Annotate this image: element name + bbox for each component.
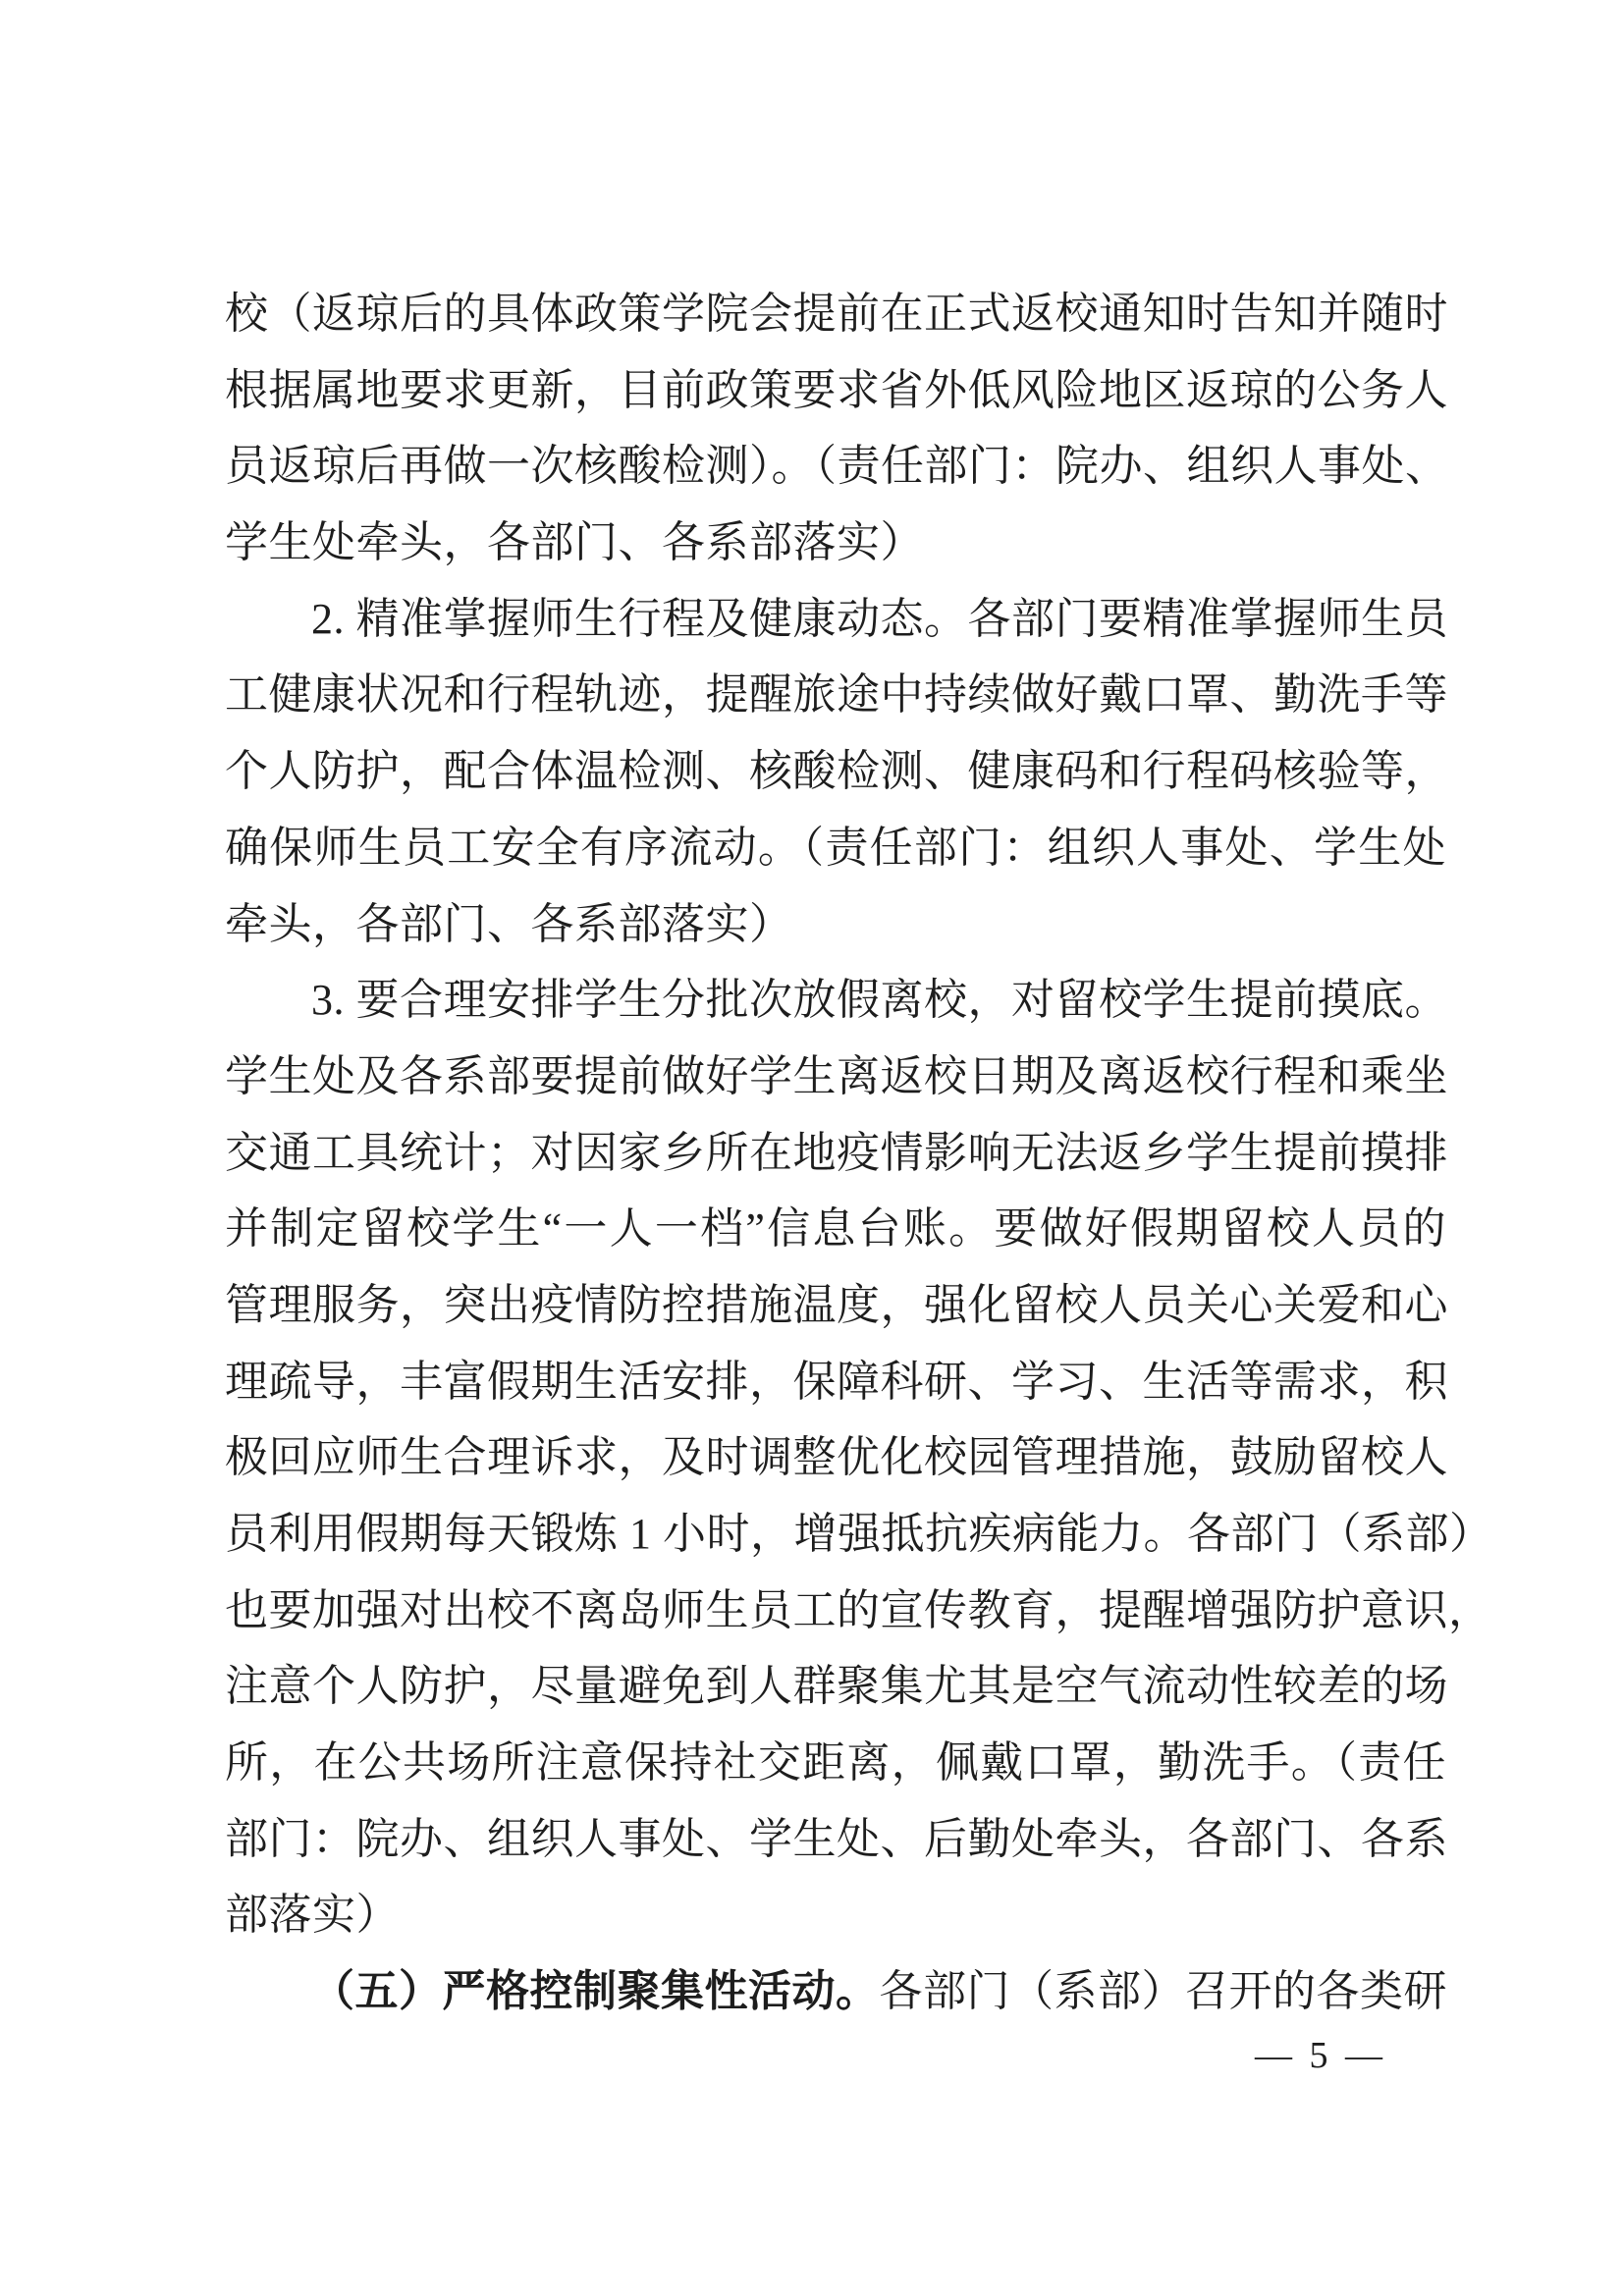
text-line: 所，在公共场所注意保持社交距离，佩戴口罩，勤洗手。（责任: [225, 1725, 1446, 1801]
text-segment: 各部门（系部）召开的各类研: [880, 1967, 1448, 2015]
text-segment: 工健康状况和行程轨迹，提醒旅途中持续做好戴口罩、勤洗手等: [225, 670, 1448, 719]
text-line: 管理服务，突出疫情防控措施温度，强化留校人员关心关爱和心: [225, 1267, 1446, 1344]
text-segment: 学生处牵头，各部门、各系部落实）: [225, 518, 924, 566]
text-segment: 理疏导，丰富假期生活安排，保障科研、学习、生活等需求，积: [225, 1358, 1448, 1406]
document-body: 校（返琼后的具体政策学院会提前在正式返校通知时告知并随时根据属地要求更新，目前政…: [225, 276, 1446, 2030]
text-line: 也要加强对出校不离岛师生员工的宣传教育，提醒增强防护意识，: [225, 1573, 1446, 1649]
text-line: 2. 精准掌握师生行程及健康动态。各部门要精准掌握师生员: [225, 581, 1446, 658]
text-segment: 也要加强对出校不离岛师生员工的宣传教育，提醒增强防护意识，: [225, 1586, 1492, 1634]
text-line: 学生处及各系部要提前做好学生离返校日期及离返校行程和乘坐: [225, 1039, 1446, 1115]
text-segment: （五）严格控制聚集性活动。: [311, 1967, 880, 2015]
text-segment: 个人防护，配合体温检测、核酸检测、健康码和行程码核验等，: [225, 747, 1448, 795]
text-line: 员返琼后再做一次核酸检测）。（责任部门：院办、组织人事处、: [225, 428, 1446, 505]
text-segment: 牵头，各部门、各系部落实）: [225, 900, 793, 948]
text-segment: 部门：院办、组织人事处、学生处、后勤处牵头，各部门、各系: [225, 1815, 1448, 1863]
text-line: 确保师生员工安全有序流动。（责任部门：组织人事处、学生处: [225, 810, 1446, 886]
text-line: 个人防护，配合体温检测、核酸检测、健康码和行程码核验等，: [225, 733, 1446, 810]
text-line: 部门：院办、组织人事处、学生处、后勤处牵头，各部门、各系: [225, 1801, 1446, 1878]
text-line: 理疏导，丰富假期生活安排，保障科研、学习、生活等需求，积: [225, 1344, 1446, 1420]
text-line: 并制定留校学生“一人一档”信息台账。要做好假期留校人员的: [225, 1191, 1446, 1267]
text-line: 校（返琼后的具体政策学院会提前在正式返校通知时告知并随时: [225, 276, 1446, 352]
text-line: 牵头，各部门、各系部落实）: [225, 886, 1446, 963]
text-segment: 根据属地要求更新，目前政策要求省外低风险地区返琼的公务人: [225, 366, 1448, 414]
text-segment: 学生处及各系部要提前做好学生离返校日期及离返校行程和乘坐: [225, 1052, 1448, 1100]
text-segment: 员返琼后再做一次核酸检测）。（责任部门：院办、组织人事处、: [225, 442, 1449, 490]
text-line: 注意个人防护，尽量避免到人群聚集尤其是空气流动性较差的场: [225, 1648, 1446, 1725]
text-segment: 注意个人防护，尽量避免到人群聚集尤其是空气流动性较差的场: [225, 1662, 1448, 1710]
text-line: 学生处牵头，各部门、各系部落实）: [225, 505, 1446, 581]
text-segment: 所，在公共场所注意保持社交距离，佩戴口罩，勤洗手。（责任: [225, 1738, 1446, 1787]
text-line: 部落实）: [225, 1877, 1446, 1953]
text-segment: 部落实）: [225, 1891, 400, 1939]
text-segment: 管理服务，突出疫情防控措施温度，强化留校人员关心关爱和心: [225, 1281, 1448, 1329]
text-line: 根据属地要求更新，目前政策要求省外低风险地区返琼的公务人: [225, 352, 1446, 429]
document-page: 校（返琼后的具体政策学院会提前在正式返校通知时告知并随时根据属地要求更新，目前政…: [0, 0, 1623, 2296]
text-segment: 并制定留校学生“一人一档”信息台账。要做好假期留校人员的: [225, 1204, 1446, 1253]
text-line: 交通工具统计；对因家乡所在地疫情影响无法返乡学生提前摸排: [225, 1115, 1446, 1192]
text-line: （五）严格控制聚集性活动。各部门（系部）召开的各类研: [225, 1953, 1446, 2030]
text-line: 员利用假期每天锻炼 1 小时，增强抵抗疾病能力。各部门（系部）: [225, 1496, 1446, 1573]
text-segment: 极回应师生合理诉求，及时调整优化校园管理措施，鼓励留校人: [225, 1433, 1448, 1481]
text-segment: 确保师生员工安全有序流动。（责任部门：组织人事处、学生处: [225, 824, 1446, 872]
text-segment: 交通工具统计；对因家乡所在地疫情影响无法返乡学生提前摸排: [225, 1129, 1448, 1177]
page-number: — 5 —: [1255, 2034, 1386, 2077]
text-segment: 校（返琼后的具体政策学院会提前在正式返校通知时告知并随时: [225, 290, 1448, 338]
text-segment: 3. 要合理安排学生分批次放假离校，对留校学生提前摸底。: [311, 976, 1448, 1024]
text-segment: 员利用假期每天锻炼 1 小时，增强抵抗疾病能力。各部门（系部）: [225, 1510, 1493, 1558]
text-line: 工健康状况和行程轨迹，提醒旅途中持续做好戴口罩、勤洗手等: [225, 657, 1446, 733]
text-line: 极回应师生合理诉求，及时调整优化校园管理措施，鼓励留校人: [225, 1419, 1446, 1496]
text-line: 3. 要合理安排学生分批次放假离校，对留校学生提前摸底。: [225, 962, 1446, 1039]
text-segment: 2. 精准掌握师生行程及健康动态。各部门要精准掌握师生员: [311, 595, 1448, 643]
